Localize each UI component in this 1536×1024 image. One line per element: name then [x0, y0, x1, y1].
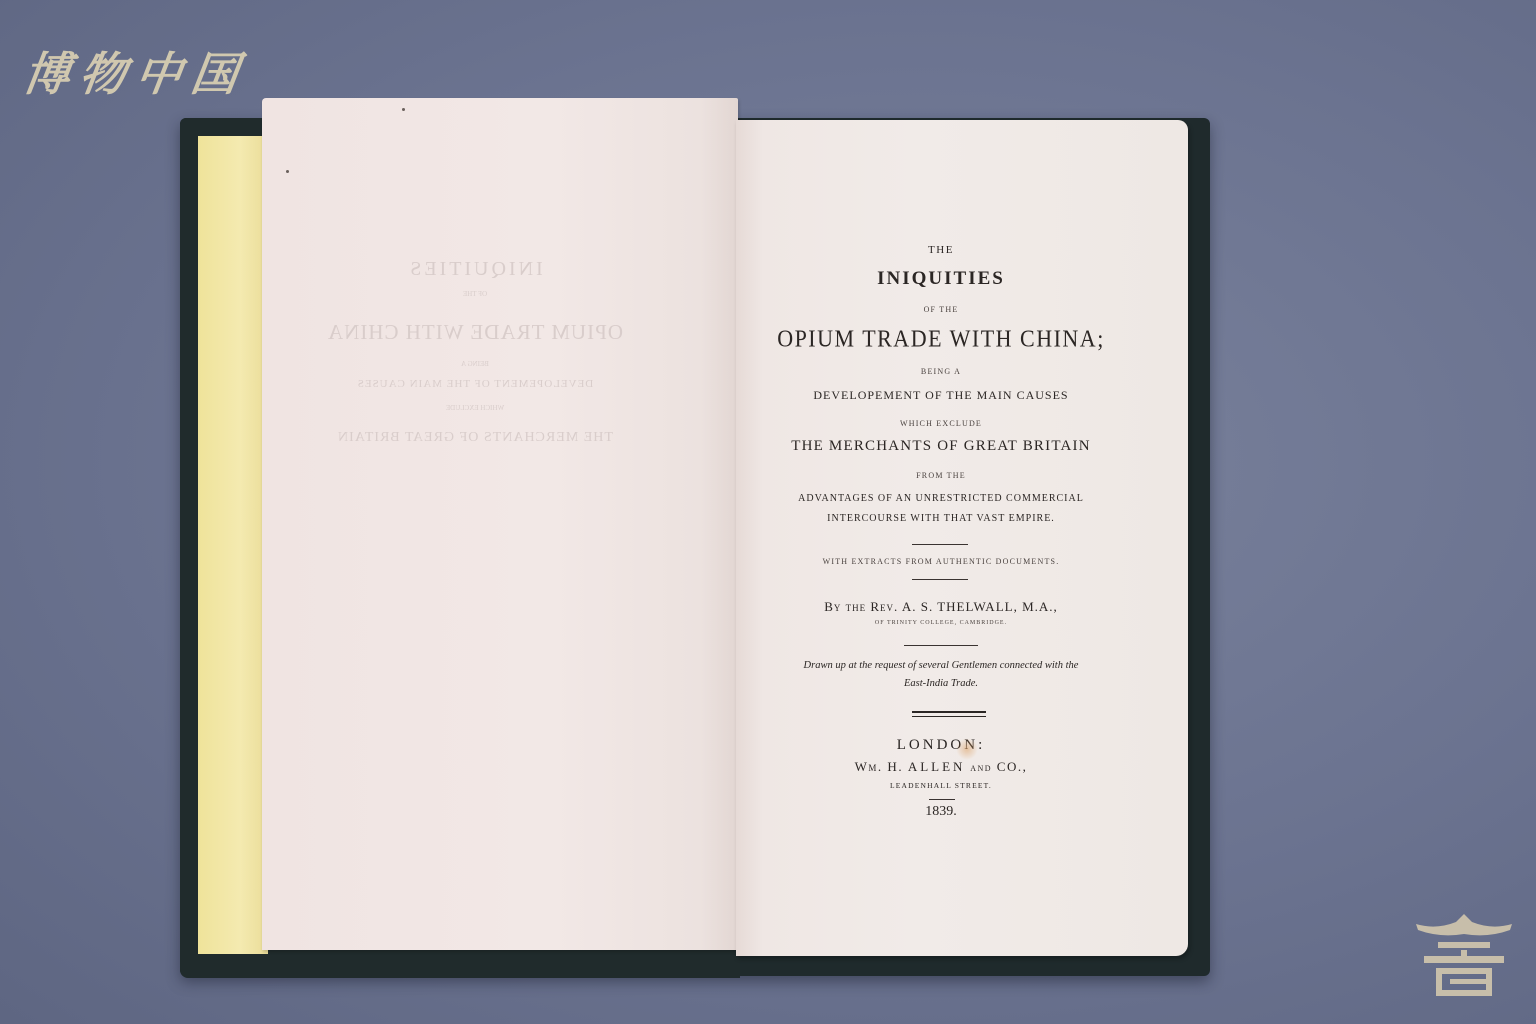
ghost-line: DEVELOPEMENT OF THE MAIN CAUSES [292, 378, 658, 390]
yellow-endpaper [198, 136, 268, 954]
imprint-year: 1839. [736, 804, 1146, 820]
ghost-line: WHICH EXCLUDE [292, 404, 658, 412]
imprint-publisher: Wm. H. ALLEN and CO., [736, 759, 1146, 775]
text-advantages: ADVANTAGES OF AN UNRESTRICTED COMMERCIAL [736, 493, 1146, 504]
ghost-line: INIQUITIES [292, 258, 658, 281]
text-extracts: WITH EXTRACTS FROM AUTHENTIC DOCUMENTS. [736, 557, 1146, 566]
publisher-prefix: Wm. H. [855, 759, 903, 774]
show-through-text: INIQUITIES OF THE OPIUM TRADE WITH CHINA… [262, 98, 738, 950]
divider-rule [912, 579, 968, 580]
ghost-line: BEING A [292, 360, 658, 368]
title-main: INIQUITIES [736, 268, 1146, 290]
title-sub: OPIUM TRADE WITH CHINA; [736, 325, 1146, 354]
double-rule [912, 711, 986, 717]
paper-speck [402, 108, 405, 111]
dedication-line-2: East-India Trade. [736, 678, 1146, 689]
text-developement: DEVELOPEMENT OF THE MAIN CAUSES [736, 388, 1146, 403]
publisher-name: ALLEN [908, 759, 966, 774]
text-from-the: FROM THE [736, 471, 1146, 480]
text-intercourse: INTERCOURSE WITH THAT VAST EMPIRE. [736, 513, 1146, 524]
divider-rule [912, 544, 968, 545]
ghost-line: OF THE [292, 290, 658, 298]
text-which-exclude: WHICH EXCLUDE [736, 419, 1146, 428]
paper-speck [286, 170, 289, 173]
divider-rule [929, 799, 955, 800]
author-line: By the Rev. A. S. THELWALL, M.A., [736, 599, 1146, 615]
author-name: A. S. THELWALL, M.A., [902, 599, 1058, 614]
paper-stain [956, 738, 978, 760]
ghost-line: THE MERCHANTS OF GREAT BRITAIN [292, 430, 658, 446]
text-being-a: BEING A [736, 367, 1146, 376]
left-page: INIQUITIES OF THE OPIUM TRADE WITH CHINA… [262, 98, 738, 950]
divider-rule [904, 645, 978, 646]
watermark-text: 博物中国 [19, 38, 252, 104]
publisher-and: and [970, 762, 992, 774]
text-merchants: THE MERCHANTS OF GREAT BRITAIN [736, 438, 1146, 455]
author-prefix: By the Rev. [824, 599, 898, 614]
imprint-street: LEADENHALL STREET. [736, 781, 1146, 790]
author-affiliation: OF TRINITY COLLEGE, CAMBRIDGE. [736, 620, 1146, 626]
title-the: THE [736, 244, 1146, 256]
title-of-the: OF THE [736, 305, 1146, 314]
pavilion-logo-icon [1414, 912, 1514, 998]
dedication-line-1: Drawn up at the request of several Gentl… [736, 660, 1146, 671]
publisher-co: CO., [997, 759, 1028, 774]
imprint-city: LONDON: [736, 737, 1146, 754]
ghost-line: OPIUM TRADE WITH CHINA [292, 320, 658, 345]
